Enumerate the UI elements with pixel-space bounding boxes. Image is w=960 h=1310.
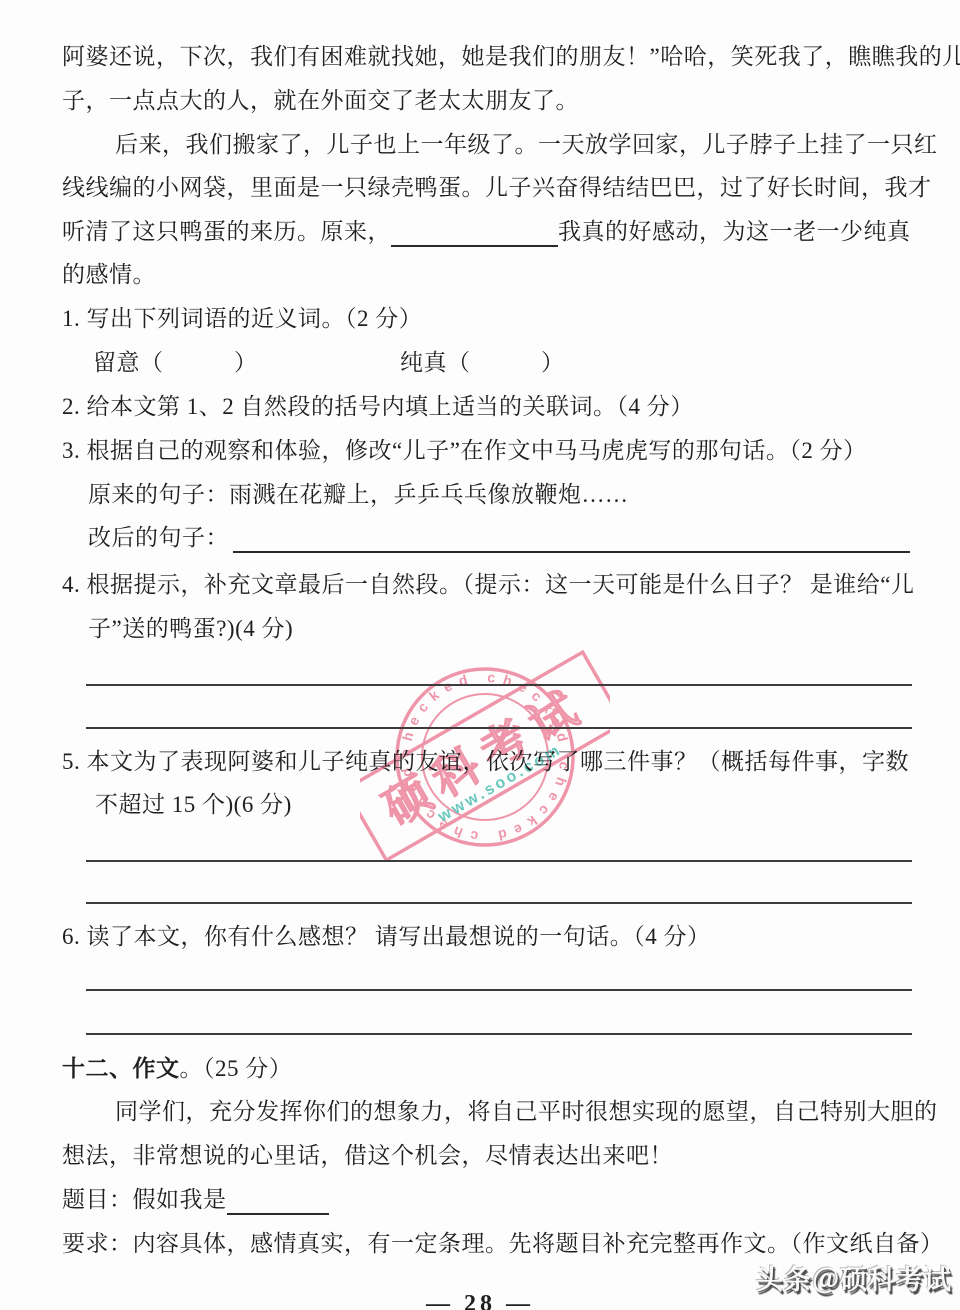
question-4-line-2: 子”送的鸭蛋?)(4 分) bbox=[88, 614, 293, 644]
question-1: 1. 写出下列词语的近义词。（2 分） bbox=[62, 304, 422, 334]
passage-line-with-blank: 听清了这只鸭蛋的来历。原来，我真的好感动，为这一老一少纯真 bbox=[62, 217, 911, 247]
question-1-word-1: 留意（ ） bbox=[93, 348, 258, 378]
answer-line bbox=[86, 1033, 912, 1035]
passage-line: 的感情。 bbox=[62, 260, 156, 290]
question-3-revised-sentence: 改后的句子： bbox=[88, 523, 910, 553]
question-5-line-1: 5. 本文为了表现阿婆和儿子纯真的友谊，依次写了哪三件事？（概括每件事，字数 bbox=[62, 747, 909, 777]
test-paper-page: checked checked checked checked 硕科考试 www… bbox=[0, 0, 960, 1310]
composition-requirements: 要求：内容具体，感情真实，有一定条理。先将题目补充完整再作文。（作文纸自备） bbox=[62, 1229, 944, 1259]
question-2: 2. 给本文第 1、2 自然段的括号内填上适当的关联词。（4 分） bbox=[62, 392, 694, 422]
answer-blank-line bbox=[233, 523, 910, 553]
answer-line bbox=[86, 727, 912, 729]
question-3-original-sentence: 原来的句子：雨溅在花瓣上，乒乒乓乓像放鞭炮…… bbox=[88, 480, 629, 510]
answer-line bbox=[86, 902, 912, 904]
passage-text: 我真的好感动，为这一老一少纯真 bbox=[558, 219, 911, 244]
page-number: — 28 — bbox=[0, 1291, 960, 1310]
answer-line bbox=[86, 860, 912, 862]
question-3: 3. 根据自己的观察和体验，修改“儿子”在作文中马马虎虎写的那句话。（2 分） bbox=[62, 436, 867, 466]
answer-line bbox=[86, 989, 912, 991]
section-score: 。（25 分） bbox=[180, 1056, 293, 1081]
title-fill-blank bbox=[227, 1189, 329, 1215]
passage-line: 子，一点点大的人，就在外面交了老太太朋友了。 bbox=[62, 86, 579, 116]
passage-text: 听清了这只鸭蛋的来历。原来， bbox=[62, 219, 391, 244]
question-4-line-1: 4. 根据提示，补充文章最后一自然段。（提示：这一天可能是什么日子？ 是谁给“儿 bbox=[62, 570, 914, 600]
section-heading-composition: 十二、作文。（25 分） bbox=[62, 1053, 292, 1084]
question-5-line-2: 不超过 15 个)(6 分) bbox=[95, 790, 292, 820]
question-6: 6. 读了本文，你有什么感想？ 请写出最想说的一句话。（4 分） bbox=[62, 922, 711, 952]
composition-intro-line: 想法，非常想说的心里话，借这个机会，尽情表达出来吧！ bbox=[62, 1141, 673, 1171]
passage-line: 阿婆还说，下次，我们有困难就找她，她是我们的朋友！”哈哈，笑死我了，瞧瞧我的儿 bbox=[62, 42, 960, 72]
composition-title-label: 题目：假如我是 bbox=[62, 1187, 227, 1212]
section-number-title: 十二、作文 bbox=[62, 1055, 180, 1081]
revised-sentence-label: 改后的句子： bbox=[88, 523, 229, 553]
passage-line: 后来，我们搬家了，儿子也上一年级了。一天放学回家，儿子脖子上挂了一只红 bbox=[115, 130, 938, 160]
composition-title-line: 题目：假如我是 bbox=[62, 1185, 329, 1215]
answer-line bbox=[86, 684, 912, 686]
question-1-word-2: 纯真（ ） bbox=[400, 348, 565, 378]
fill-in-blank bbox=[391, 221, 558, 247]
passage-line: 线线编的小网袋，里面是一只绿壳鸭蛋。儿子兴奋得结结巴巴，过了好长时间，我才 bbox=[62, 173, 932, 203]
composition-intro-line: 同学们，充分发挥你们的想象力，将自己平时很想实现的愿望，自己特别大胆的 bbox=[115, 1097, 938, 1127]
